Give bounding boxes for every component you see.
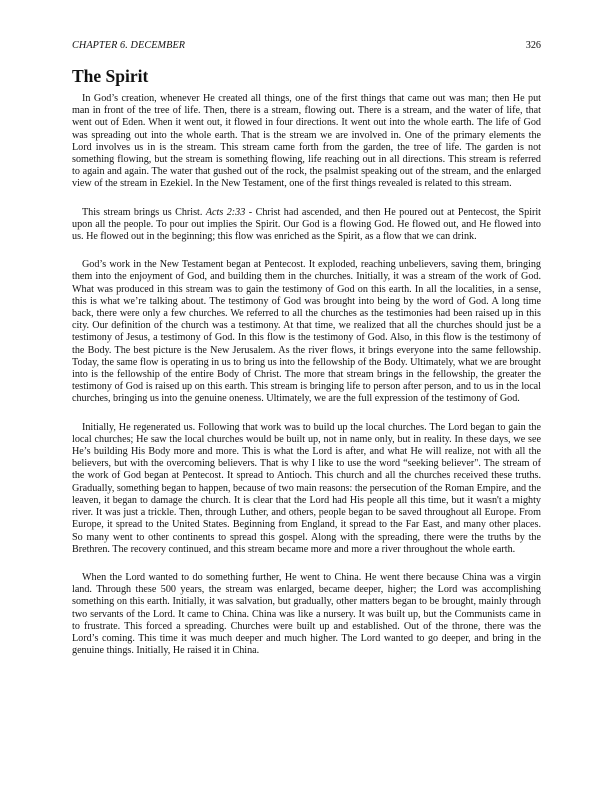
paragraph-5: When the Lord wanted to do something fur…: [72, 572, 541, 657]
paragraph-2-lead: This stream brings us Christ.: [82, 207, 206, 218]
paragraph-4: Initially, He regenerated us. Following …: [72, 422, 541, 556]
running-header: CHAPTER 6. DECEMBER 326: [72, 40, 541, 54]
paragraph-1: In God’s creation, whenever He created a…: [72, 93, 541, 191]
paragraph-2: This stream brings us Christ. Acts 2:33 …: [72, 207, 541, 244]
page-number: 326: [526, 40, 541, 51]
section-title: The Spirit: [72, 66, 541, 86]
scripture-reference: Acts 2:33: [206, 207, 245, 218]
document-page: CHAPTER 6. DECEMBER 326 The Spirit In Go…: [72, 40, 541, 673]
paragraph-3: God’s work in the New Testament began at…: [72, 259, 541, 405]
chapter-heading: CHAPTER 6. DECEMBER: [72, 40, 185, 51]
